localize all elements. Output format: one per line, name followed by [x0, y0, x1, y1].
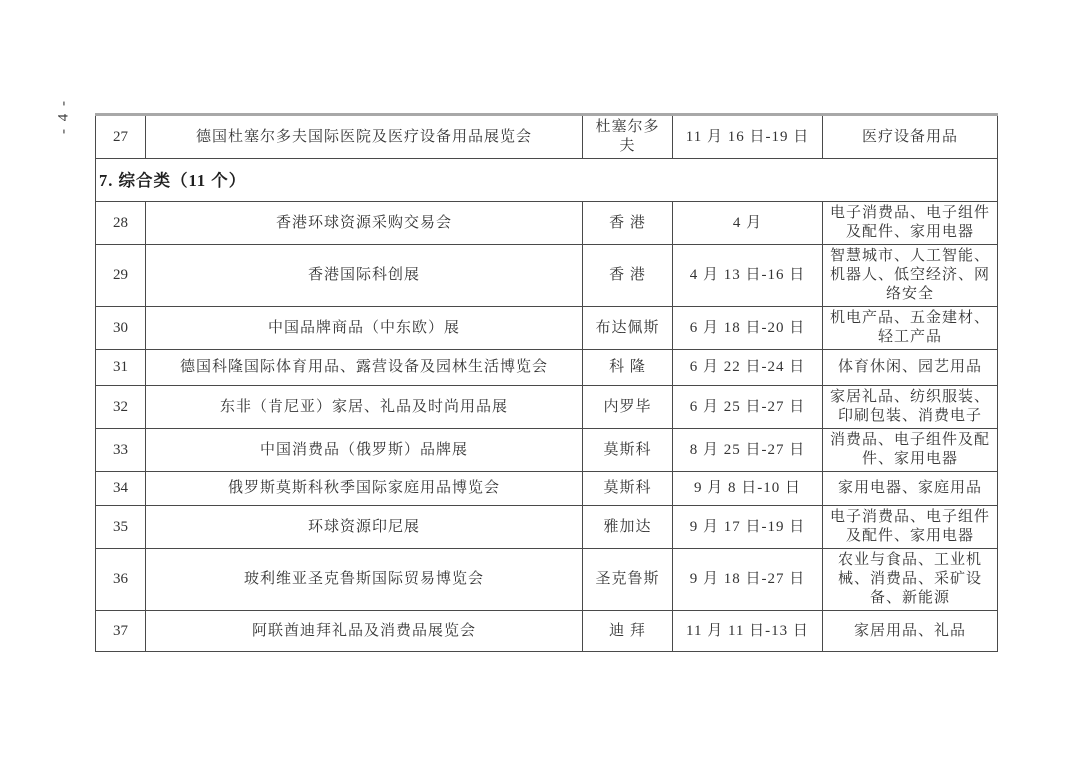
products-cell: 医疗设备用品	[823, 115, 998, 159]
city-cell: 迪 拜	[583, 611, 673, 652]
products-cell: 电子消费品、电子组件及配件、家用电器	[823, 202, 998, 245]
exhibition-name-cell: 香港环球资源采购交易会	[146, 202, 583, 245]
date-cell: 4 月	[673, 202, 823, 245]
date-cell: 9 月 18 日-27 日	[673, 549, 823, 611]
products-cell: 家用电器、家庭用品	[823, 472, 998, 506]
products-cell: 消费品、电子组件及配件、家用电器	[823, 429, 998, 472]
exhibition-name-cell: 东非（肯尼亚）家居、礼品及时尚用品展	[146, 386, 583, 429]
row-no-cell: 33	[96, 429, 146, 472]
document-page: { "page": { "number_label": "- 4 -" }, "…	[0, 0, 1080, 764]
row-no-cell: 31	[96, 350, 146, 386]
city-cell: 布达佩斯	[583, 307, 673, 350]
row-no-cell: 30	[96, 307, 146, 350]
date-cell: 4 月 13 日-16 日	[673, 245, 823, 307]
table-row: 33 中国消费品（俄罗斯）品牌展 莫斯科 8 月 25 日-27 日 消费品、电…	[96, 429, 998, 472]
city-cell: 香 港	[583, 245, 673, 307]
table-row: 27 德国杜塞尔多夫国际医院及医疗设备用品展览会 杜塞尔多夫 11 月 16 日…	[96, 115, 998, 159]
date-cell: 6 月 18 日-20 日	[673, 307, 823, 350]
table-row: 36 玻利维亚圣克鲁斯国际贸易博览会 圣克鲁斯 9 月 18 日-27 日 农业…	[96, 549, 998, 611]
city-cell: 莫斯科	[583, 472, 673, 506]
date-cell: 11 月 11 日-13 日	[673, 611, 823, 652]
city-cell: 杜塞尔多夫	[583, 115, 673, 159]
products-cell: 家居用品、礼品	[823, 611, 998, 652]
date-cell: 6 月 22 日-24 日	[673, 350, 823, 386]
date-cell: 6 月 25 日-27 日	[673, 386, 823, 429]
products-cell: 家居礼品、纺织服装、印刷包装、消费电子	[823, 386, 998, 429]
exhibition-name-cell: 德国科隆国际体育用品、露营设备及园林生活博览会	[146, 350, 583, 386]
section-header-row: 7. 综合类（11 个）	[96, 159, 998, 202]
city-cell: 莫斯科	[583, 429, 673, 472]
table-row: 35 环球资源印尼展 雅加达 9 月 17 日-19 日 电子消费品、电子组件及…	[96, 506, 998, 549]
table-row: 28 香港环球资源采购交易会 香 港 4 月 电子消费品、电子组件及配件、家用电…	[96, 202, 998, 245]
row-no-cell: 34	[96, 472, 146, 506]
table-row: 32 东非（肯尼亚）家居、礼品及时尚用品展 内罗毕 6 月 25 日-27 日 …	[96, 386, 998, 429]
row-no-cell: 27	[96, 115, 146, 159]
exhibition-name-cell: 阿联酋迪拜礼品及消费品展览会	[146, 611, 583, 652]
exhibition-name-cell: 中国品牌商品（中东欧）展	[146, 307, 583, 350]
exhibition-name-cell: 德国杜塞尔多夫国际医院及医疗设备用品展览会	[146, 115, 583, 159]
city-cell: 香 港	[583, 202, 673, 245]
city-cell: 内罗毕	[583, 386, 673, 429]
exhibition-name-cell: 玻利维亚圣克鲁斯国际贸易博览会	[146, 549, 583, 611]
table-row: 29 香港国际科创展 香 港 4 月 13 日-16 日 智慧城市、人工智能、机…	[96, 245, 998, 307]
row-no-cell: 32	[96, 386, 146, 429]
table-row: 31 德国科隆国际体育用品、露营设备及园林生活博览会 科 隆 6 月 22 日-…	[96, 350, 998, 386]
row-no-cell: 37	[96, 611, 146, 652]
exhibition-name-cell: 俄罗斯莫斯科秋季国际家庭用品博览会	[146, 472, 583, 506]
products-cell: 体育休闲、园艺用品	[823, 350, 998, 386]
page-number: - 4 -	[56, 95, 73, 139]
date-cell: 11 月 16 日-19 日	[673, 115, 823, 159]
exhibition-name-cell: 香港国际科创展	[146, 245, 583, 307]
row-no-cell: 28	[96, 202, 146, 245]
exhibition-name-cell: 环球资源印尼展	[146, 506, 583, 549]
table-row: 37 阿联酋迪拜礼品及消费品展览会 迪 拜 11 月 11 日-13 日 家居用…	[96, 611, 998, 652]
row-no-cell: 29	[96, 245, 146, 307]
row-no-cell: 35	[96, 506, 146, 549]
date-cell: 9 月 17 日-19 日	[673, 506, 823, 549]
city-cell: 科 隆	[583, 350, 673, 386]
table-row: 34 俄罗斯莫斯科秋季国际家庭用品博览会 莫斯科 9 月 8 日-10 日 家用…	[96, 472, 998, 506]
products-cell: 电子消费品、电子组件及配件、家用电器	[823, 506, 998, 549]
date-cell: 9 月 8 日-10 日	[673, 472, 823, 506]
section-header-label: 7. 综合类（11 个）	[96, 159, 998, 202]
table-row: 30 中国品牌商品（中东欧）展 布达佩斯 6 月 18 日-20 日 机电产品、…	[96, 307, 998, 350]
exhibition-name-cell: 中国消费品（俄罗斯）品牌展	[146, 429, 583, 472]
products-cell: 机电产品、五金建材、轻工产品	[823, 307, 998, 350]
city-cell: 雅加达	[583, 506, 673, 549]
city-cell: 圣克鲁斯	[583, 549, 673, 611]
products-cell: 智慧城市、人工智能、机器人、低空经济、网络安全	[823, 245, 998, 307]
products-cell: 农业与食品、工业机械、消费品、采矿设备、新能源	[823, 549, 998, 611]
exhibition-table: 27 德国杜塞尔多夫国际医院及医疗设备用品展览会 杜塞尔多夫 11 月 16 日…	[95, 113, 998, 652]
row-no-cell: 36	[96, 549, 146, 611]
date-cell: 8 月 25 日-27 日	[673, 429, 823, 472]
